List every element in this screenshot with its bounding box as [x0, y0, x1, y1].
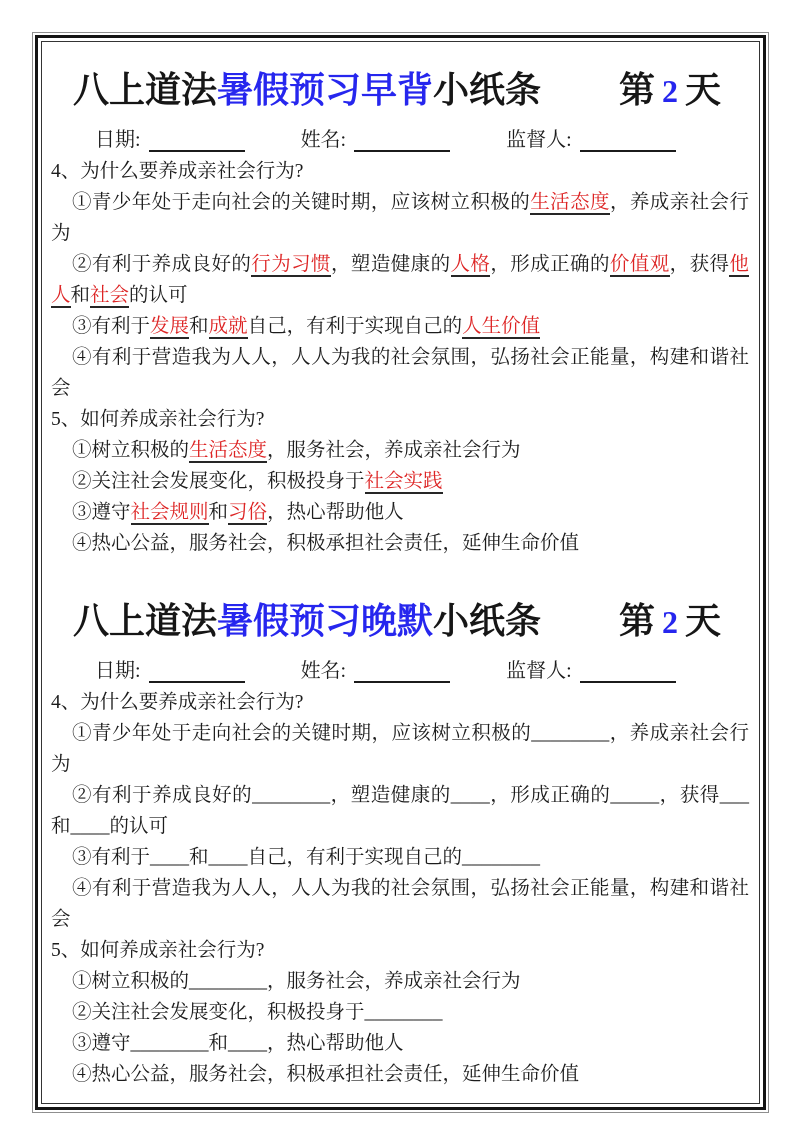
supervisor-label: 监督人: [506, 123, 572, 152]
answer-keyword: 社会 [90, 285, 129, 308]
text-run: ②关注社会发展变化，积极投身于 [72, 471, 365, 492]
text-run: 5、如何养成亲社会行为? [51, 940, 264, 961]
answer-5-2: ②关注社会发展变化，积极投身于________ [51, 997, 749, 1028]
title-part1: 八上道法 [73, 70, 217, 110]
day-number: 2 [662, 73, 678, 109]
meta-row: 日期: 姓名: 监督人: [95, 123, 749, 152]
date-blank-line [149, 660, 245, 683]
text-run: ④有利于营造我为人人，人人为我的社会氛围，弘扬社会正能量，构建和谐社会 [51, 347, 749, 399]
section-title: 八上道法暑假预习晚默小纸条 [73, 593, 541, 644]
answer-keyword: 生活态度 [530, 192, 610, 215]
answer-keyword: 生活态度 [189, 440, 267, 463]
text-run: ③遵守________和____，热心帮助他人 [72, 1033, 404, 1054]
name-blank-line [354, 129, 450, 152]
answer-4-2: ②有利于养成良好的行为习惯，塑造健康的人格，形成正确的价值观，获得他人和社会的认… [51, 249, 749, 311]
text-run: ①树立积极的________，服务社会，养成亲社会行为 [72, 971, 521, 992]
day-badge: 第2天 [619, 62, 721, 113]
text-run: ，服务社会，养成亲社会行为 [267, 440, 521, 461]
title-part2: 小纸条 [433, 70, 541, 110]
question-5: 5、如何养成亲社会行为? [51, 935, 749, 966]
supervisor-label: 监督人: [506, 654, 572, 683]
section-morning: 八上道法暑假预习早背小纸条 第2天 日期: 姓名: 监督人: 4、为什么要养成亲… [51, 62, 749, 559]
text-run: ④热心公益，服务社会，积极承担社会责任，延伸生命价值 [72, 1064, 579, 1085]
text-run: ，获得 [670, 254, 730, 275]
meta-row: 日期: 姓名: 监督人: [95, 654, 749, 683]
answer-5-1: ①树立积极的生活态度，服务社会，养成亲社会行为 [51, 435, 749, 466]
name-label: 姓名: [301, 123, 347, 152]
date-label: 日期: [95, 654, 141, 683]
answer-5-2: ②关注社会发展变化，积极投身于社会实践 [51, 466, 749, 497]
supervisor-blank-line [580, 660, 676, 683]
supervisor-field: 监督人: [506, 654, 676, 683]
title-part2: 小纸条 [433, 601, 541, 641]
answer-4-2: ②有利于养成良好的________，塑造健康的____，形成正确的_____，获… [51, 780, 749, 842]
supervisor-field: 监督人: [506, 123, 676, 152]
date-blank-line [149, 129, 245, 152]
text-run: ②关注社会发展变化，积极投身于________ [72, 1002, 443, 1023]
text-run: 和 [189, 316, 209, 337]
day-prefix: 第 [619, 601, 655, 641]
question-4: 4、为什么要养成亲社会行为? [51, 687, 749, 718]
section-body: 4、为什么要养成亲社会行为? ①青少年处于走向社会的关键时期，应该树立积极的__… [51, 687, 749, 1090]
text-run: ③遵守 [72, 502, 131, 523]
answer-5-4: ④热心公益，服务社会，积极承担社会责任，延伸生命价值 [51, 1059, 749, 1090]
answer-5-1: ①树立积极的________，服务社会，养成亲社会行为 [51, 966, 749, 997]
text-run: 4、为什么要养成亲社会行为? [51, 692, 303, 713]
date-field: 日期: [95, 654, 245, 683]
text-run: 4、为什么要养成亲社会行为? [51, 161, 303, 182]
text-run: ②有利于养成良好的 [72, 254, 251, 275]
answer-4-4: ④有利于营造我为人人，人人为我的社会氛围，弘扬社会正能量，构建和谐社会 [51, 342, 749, 404]
answer-keyword: 社会规则 [131, 502, 209, 525]
section-title-row: 八上道法暑假预习晚默小纸条 第2天 [73, 593, 721, 644]
day-prefix: 第 [619, 70, 655, 110]
text-run: ，形成正确的 [490, 254, 610, 275]
title-highlight: 暑假预习晚默 [217, 601, 433, 641]
answer-keyword: 人生价值 [462, 316, 540, 339]
section-evening: 八上道法暑假预习晚默小纸条 第2天 日期: 姓名: 监督人: 4、为什么要养成亲… [51, 593, 749, 1090]
answer-4-1: ①青少年处于走向社会的关键时期，应该树立积极的生活态度，养成亲社会行为 [51, 187, 749, 249]
text-run: ④热心公益，服务社会，积极承担社会责任，延伸生命价值 [72, 533, 579, 554]
date-label: 日期: [95, 123, 141, 152]
page-border-thick: 八上道法暑假预习早背小纸条 第2天 日期: 姓名: 监督人: 4、为什么要养成亲… [35, 35, 766, 1110]
day-suffix: 天 [685, 70, 721, 110]
answer-keyword: 社会实践 [365, 471, 443, 494]
answer-keyword: 行为习惯 [251, 254, 331, 277]
text-run: ，塑造健康的 [331, 254, 451, 275]
name-field: 姓名: [301, 654, 451, 683]
answer-5-4: ④热心公益，服务社会，积极承担社会责任，延伸生命价值 [51, 528, 749, 559]
supervisor-blank-line [580, 129, 676, 152]
answer-5-3: ③遵守________和____，热心帮助他人 [51, 1028, 749, 1059]
title-part1: 八上道法 [73, 601, 217, 641]
section-title: 八上道法暑假预习早背小纸条 [73, 62, 541, 113]
answer-4-1: ①青少年处于走向社会的关键时期，应该树立积极的________，养成亲社会行为 [51, 718, 749, 780]
text-run: ③有利于____和____自己，有利于实现自己的________ [72, 847, 540, 868]
section-title-row: 八上道法暑假预习早背小纸条 第2天 [73, 62, 721, 113]
page-border-outer: 八上道法暑假预习早背小纸条 第2天 日期: 姓名: 监督人: 4、为什么要养成亲… [32, 32, 769, 1113]
question-5: 5、如何养成亲社会行为? [51, 404, 749, 435]
name-blank-line [354, 660, 450, 683]
day-suffix: 天 [685, 601, 721, 641]
text-run: 的认可 [129, 285, 188, 306]
question-4: 4、为什么要养成亲社会行为? [51, 156, 749, 187]
answer-keyword: 成就 [209, 316, 248, 339]
text-run: 自己，有利于实现自己的 [248, 316, 463, 337]
name-label: 姓名: [301, 654, 347, 683]
text-run: 和 [71, 285, 91, 306]
answer-keyword: 价值观 [610, 254, 670, 277]
text-run: ，热心帮助他人 [267, 502, 404, 523]
answer-5-3: ③遵守社会规则和习俗，热心帮助他人 [51, 497, 749, 528]
answer-keyword: 人格 [451, 254, 491, 277]
text-run: ①树立积极的 [72, 440, 189, 461]
answer-keyword: 发展 [150, 316, 189, 339]
text-run: ①青少年处于走向社会的关键时期，应该树立积极的________，养成亲社会行为 [51, 723, 749, 775]
day-badge: 第2天 [619, 593, 721, 644]
name-field: 姓名: [301, 123, 451, 152]
answer-4-3: ③有利于____和____自己，有利于实现自己的________ [51, 842, 749, 873]
text-run: 5、如何养成亲社会行为? [51, 409, 264, 430]
text-run: 和 [209, 502, 229, 523]
answer-4-3: ③有利于发展和成就自己，有利于实现自己的人生价值 [51, 311, 749, 342]
text-run: ①青少年处于走向社会的关键时期，应该树立积极的 [72, 192, 530, 213]
page-border-inner: 八上道法暑假预习早背小纸条 第2天 日期: 姓名: 监督人: 4、为什么要养成亲… [41, 41, 760, 1104]
answer-keyword: 习俗 [228, 502, 267, 525]
section-body: 4、为什么要养成亲社会行为? ①青少年处于走向社会的关键时期，应该树立积极的生活… [51, 156, 749, 559]
answer-4-4: ④有利于营造我为人人，人人为我的社会氛围，弘扬社会正能量，构建和谐社会 [51, 873, 749, 935]
text-run: ④有利于营造我为人人，人人为我的社会氛围，弘扬社会正能量，构建和谐社会 [51, 878, 749, 930]
worksheet-page: { "colors": { "title_blue": "#2626ee", "… [0, 0, 800, 1131]
day-number: 2 [662, 604, 678, 640]
date-field: 日期: [95, 123, 245, 152]
text-run: ③有利于 [72, 316, 150, 337]
text-run: ②有利于养成良好的________，塑造健康的____，形成正确的_____，获… [51, 785, 749, 837]
title-highlight: 暑假预习早背 [217, 70, 433, 110]
